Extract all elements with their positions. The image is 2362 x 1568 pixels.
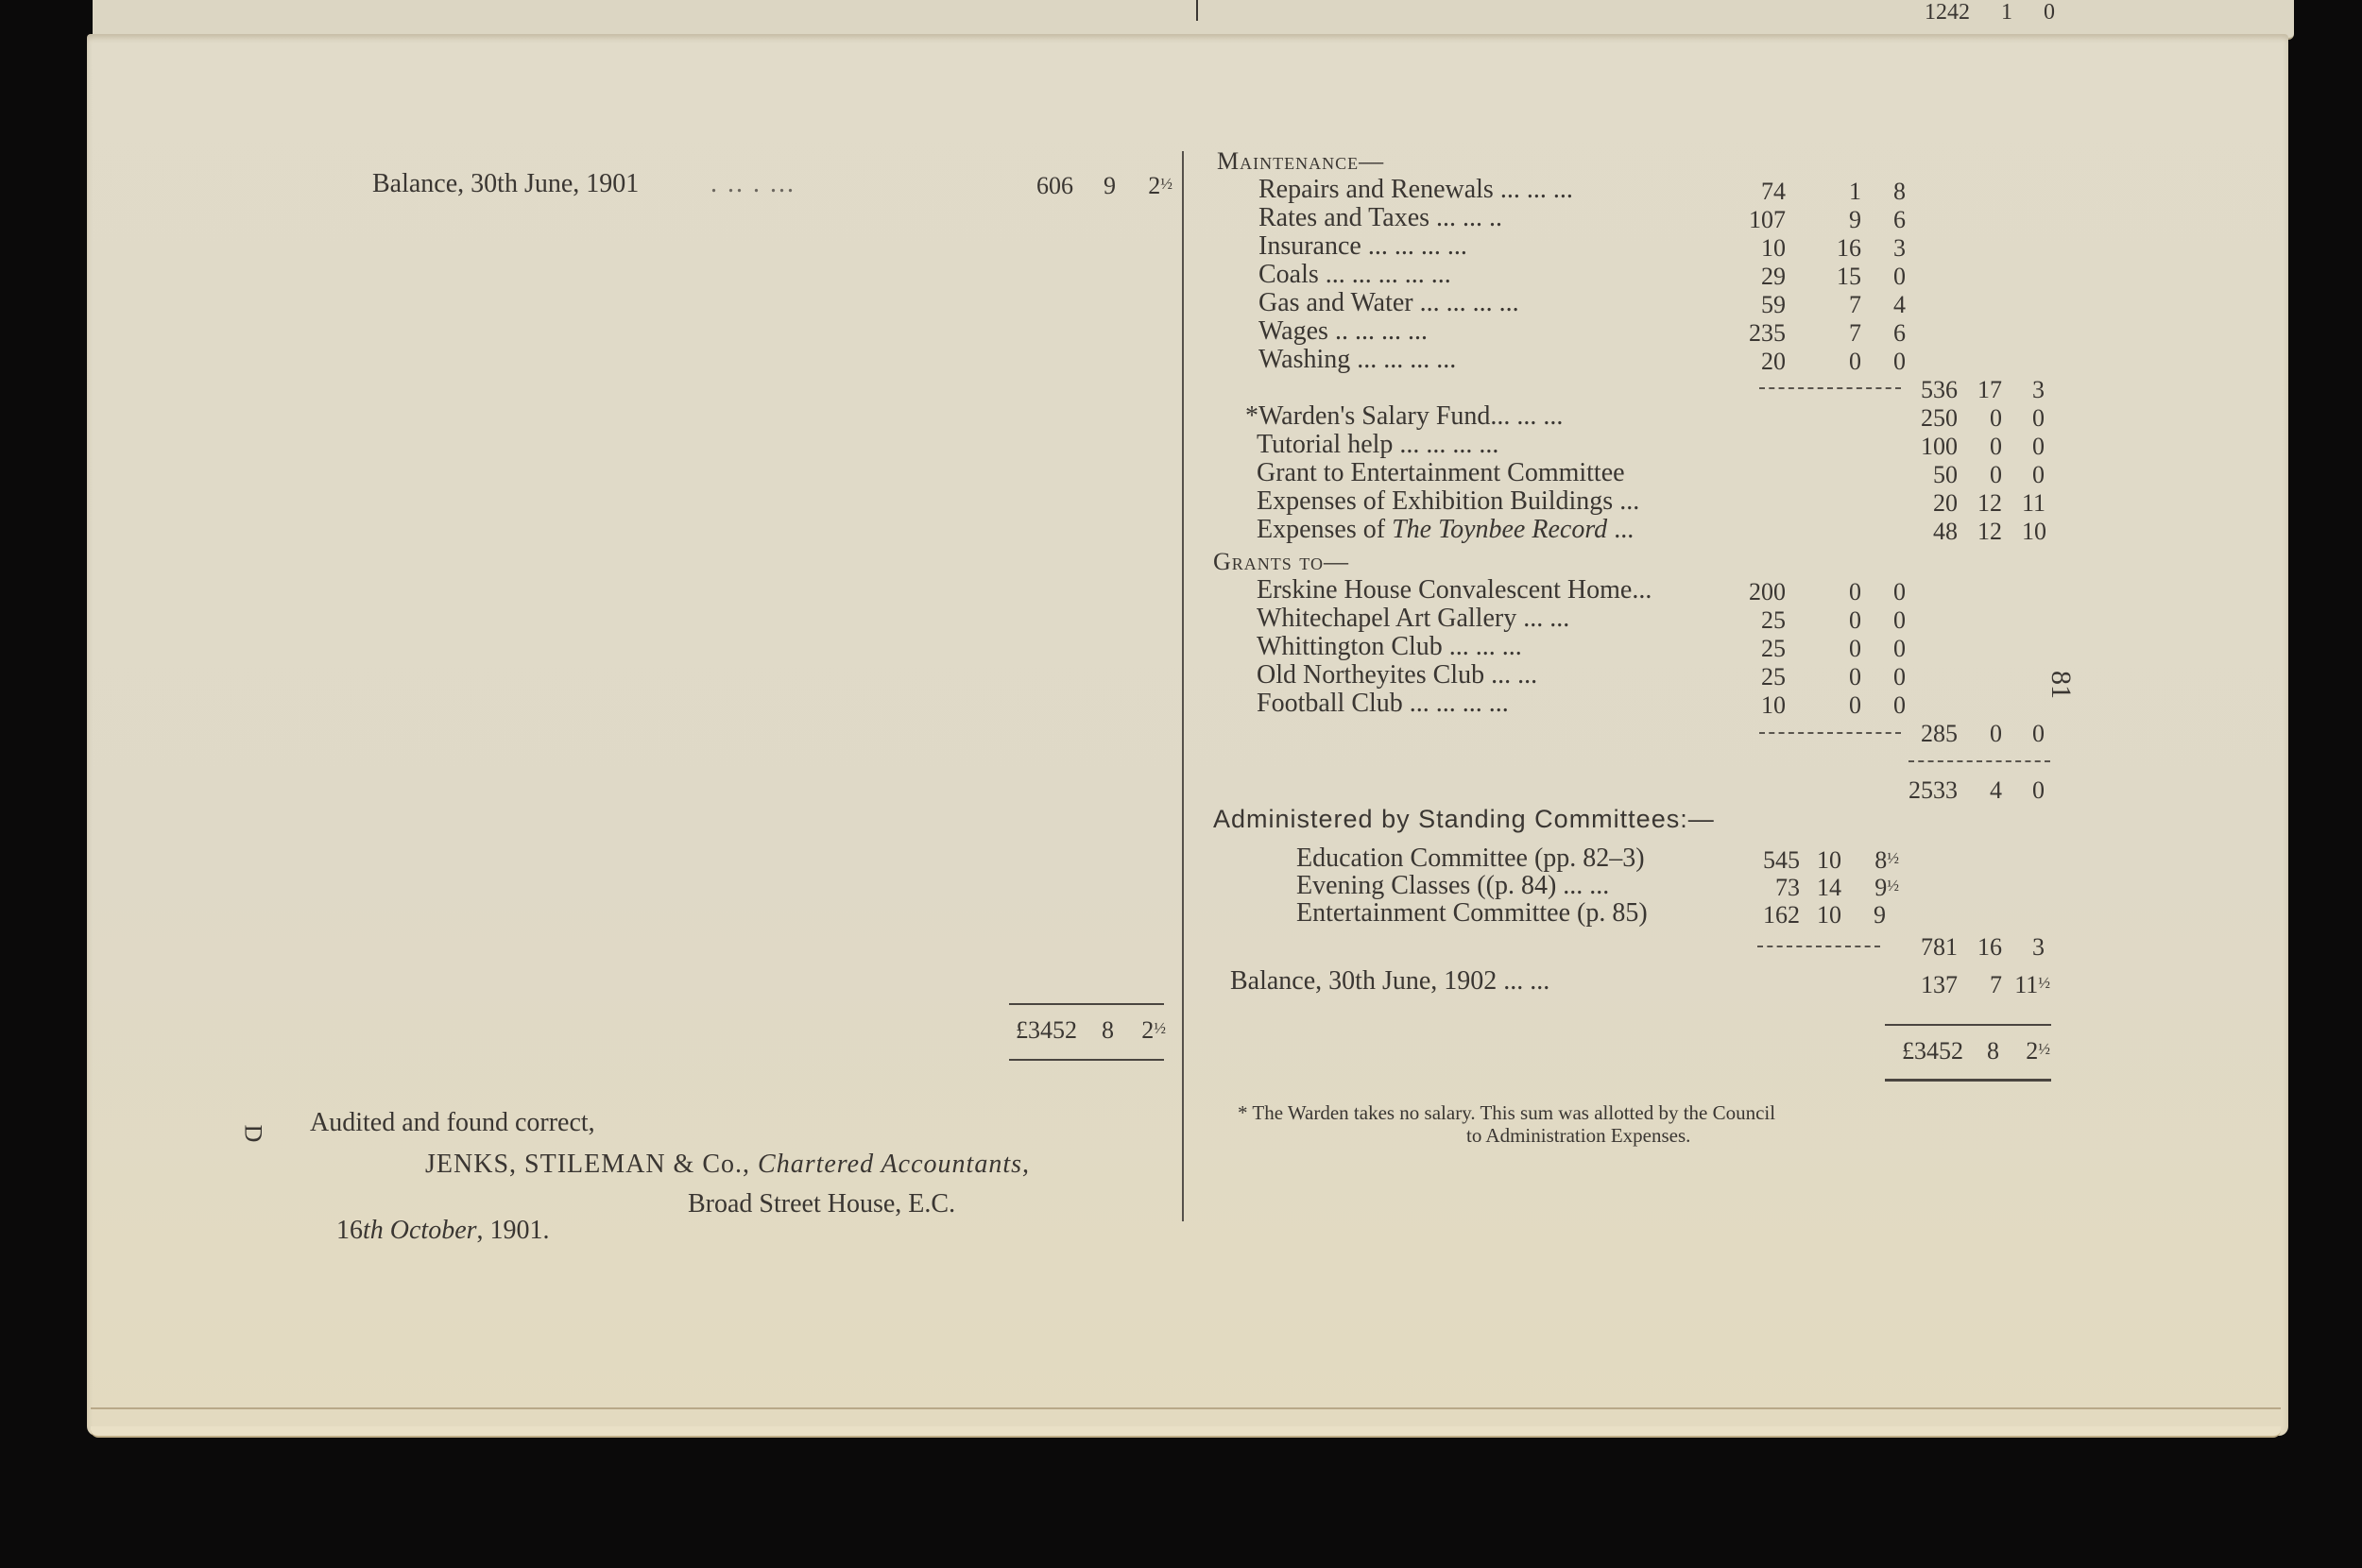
committee-item-pounds: 545 bbox=[1743, 846, 1800, 875]
expense-item-shillings: 12 bbox=[1970, 489, 2002, 518]
grant-item-label: Old Northeyites Club ... ... bbox=[1257, 661, 1537, 690]
maintenance-item-pence: 6 bbox=[1885, 206, 1906, 234]
standing-committees-heading: Administered by Standing Committees:— bbox=[1213, 805, 1715, 834]
running-total-rule bbox=[1908, 760, 2050, 762]
maintenance-item-shillings: 1 bbox=[1833, 178, 1861, 206]
grant-item-shillings: 0 bbox=[1833, 663, 1861, 691]
maintenance-item-label: Insurance ... ... ... ... bbox=[1258, 232, 1467, 261]
grants-subtotal-pence: 0 bbox=[2022, 720, 2045, 748]
maintenance-item-pounds: 235 bbox=[1729, 319, 1786, 348]
maintenance-item-pounds: 107 bbox=[1729, 206, 1786, 234]
expense-item-pounds: 250 bbox=[1901, 404, 1958, 433]
maintenance-item-pounds: 10 bbox=[1729, 234, 1786, 263]
carry-pence: 0 bbox=[2036, 0, 2055, 26]
maintenance-item-pence: 0 bbox=[1885, 263, 1906, 291]
right-total-rule-top bbox=[1885, 1024, 2051, 1026]
maintenance-item-shillings: 15 bbox=[1833, 263, 1861, 291]
expense-item-shillings: 0 bbox=[1970, 461, 2002, 489]
maintenance-item-label: Washing ... ... ... ... bbox=[1258, 346, 1456, 374]
grant-item-pence: 0 bbox=[1885, 691, 1906, 720]
balance-1902-pounds: 137 bbox=[1901, 971, 1958, 999]
right-total-pounds: £3452 bbox=[1869, 1037, 1963, 1065]
expense-item-label: Tutorial help ... ... ... ... bbox=[1257, 431, 1498, 459]
committee-item-pence: 9 bbox=[1861, 901, 1886, 929]
committee-item-label: Evening Classes ((p. 84) ... ... bbox=[1296, 872, 1609, 900]
grant-item-pence: 0 bbox=[1885, 635, 1906, 663]
grant-item-label: Football Club ... ... ... ... bbox=[1257, 690, 1509, 718]
expense-item-pounds: 100 bbox=[1901, 433, 1958, 461]
committee-item-pence: 9½ bbox=[1861, 874, 1899, 902]
grants-subtotal-shillings: 0 bbox=[1970, 720, 2002, 748]
left-total-pence: 2½ bbox=[1132, 1016, 1166, 1045]
grant-item-shillings: 0 bbox=[1833, 635, 1861, 663]
running-total-shillings: 4 bbox=[1970, 776, 2002, 805]
column-divider bbox=[1182, 151, 1184, 1221]
left-total-rule-top bbox=[1009, 1003, 1164, 1005]
page-number: 81 bbox=[2045, 671, 2077, 699]
maintenance-subtotal-pounds: 536 bbox=[1901, 376, 1958, 404]
committee-item-label: Entertainment Committee (p. 85) bbox=[1296, 899, 1648, 928]
grants-subtotal-rule bbox=[1759, 732, 1901, 734]
maintenance-item-shillings: 0 bbox=[1833, 348, 1861, 376]
expense-item-pence: 0 bbox=[2022, 404, 2045, 433]
grant-item-label: Whitechapel Art Gallery ... ... bbox=[1257, 605, 1569, 633]
maintenance-item-pence: 6 bbox=[1885, 319, 1906, 348]
grant-item-pounds: 25 bbox=[1729, 635, 1786, 663]
expense-item-pence: 11 bbox=[2022, 489, 2045, 518]
right-total-rule-bottom bbox=[1885, 1079, 2051, 1082]
expense-item-pence: 10 bbox=[2022, 518, 2045, 546]
balance-1902-label: Balance, 30th June, 1902 ... ... bbox=[1230, 967, 1549, 996]
expense-item-shillings: 12 bbox=[1970, 518, 2002, 546]
footnote-line-2: to Administration Expenses. bbox=[1466, 1124, 1690, 1147]
grant-item-label: Whittington Club ... ... ... bbox=[1257, 633, 1522, 661]
expense-item-pence: 0 bbox=[2022, 433, 2045, 461]
maintenance-heading: Maintenance— bbox=[1217, 147, 1384, 176]
maintenance-item-pounds: 29 bbox=[1729, 263, 1786, 291]
balance-1901-pence: 2½ bbox=[1138, 172, 1172, 200]
balance-1901-leader: . .. . ... bbox=[710, 170, 796, 198]
running-total-pounds: 2533 bbox=[1890, 776, 1958, 805]
maintenance-item-pounds: 59 bbox=[1729, 291, 1786, 319]
running-total-pence: 0 bbox=[2022, 776, 2045, 805]
committee-item-label: Education Committee (pp. 82–3) bbox=[1296, 844, 1645, 873]
maintenance-item-pence: 4 bbox=[1885, 291, 1906, 319]
balance-1901-pounds: 606 bbox=[1011, 172, 1073, 200]
left-total-shillings: 8 bbox=[1091, 1016, 1114, 1045]
expense-item-label: Expenses of Exhibition Buildings ... bbox=[1257, 487, 1639, 516]
left-total-pounds: £3452 bbox=[983, 1016, 1077, 1045]
right-total-shillings: 8 bbox=[1977, 1037, 1999, 1065]
auditor-address: Broad Street House, E.C. bbox=[688, 1190, 955, 1219]
maintenance-item-label: Coals ... ... ... ... ... bbox=[1258, 261, 1451, 289]
balance-1901-label: Balance, 30th June, 1901 bbox=[372, 170, 639, 198]
expense-item-shillings: 0 bbox=[1970, 433, 2002, 461]
grants-subtotal-pounds: 285 bbox=[1901, 720, 1958, 748]
audit-date: 16th October, 1901. bbox=[336, 1217, 550, 1245]
balance-1902-shillings: 7 bbox=[1970, 971, 2002, 999]
committees-subtotal-rule bbox=[1757, 946, 1880, 947]
maintenance-item-shillings: 9 bbox=[1833, 206, 1861, 234]
committee-item-shillings: 10 bbox=[1809, 901, 1841, 929]
carry-pounds: 1242 bbox=[1913, 0, 1970, 26]
committee-item-pounds: 73 bbox=[1743, 874, 1800, 902]
grant-item-pounds: 25 bbox=[1729, 606, 1786, 635]
auditor-firm: JENKS, STILEMAN & Co., Chartered Account… bbox=[425, 1150, 1030, 1179]
expense-item-label: *Warden's Salary Fund... ... ... bbox=[1245, 402, 1563, 431]
maintenance-item-shillings: 7 bbox=[1833, 291, 1861, 319]
footnote-line-1: * The Warden takes no salary. This sum w… bbox=[1238, 1101, 1775, 1124]
expense-item-pence: 0 bbox=[2022, 461, 2045, 489]
expense-item-label: Expenses of The Toynbee Record ... bbox=[1257, 516, 1634, 544]
grant-item-pounds: 200 bbox=[1729, 578, 1786, 606]
column-rule-top bbox=[1196, 0, 1198, 21]
maintenance-subtotal-shillings: 17 bbox=[1970, 376, 2002, 404]
grants-heading: Grants to— bbox=[1213, 548, 1349, 576]
maintenance-subtotal-rule bbox=[1759, 387, 1901, 389]
maintenance-item-pounds: 20 bbox=[1729, 348, 1786, 376]
maintenance-item-label: Repairs and Renewals ... ... ... bbox=[1258, 176, 1573, 204]
committee-item-pounds: 162 bbox=[1743, 901, 1800, 929]
maintenance-item-shillings: 7 bbox=[1833, 319, 1861, 348]
balance-1901-shillings: 9 bbox=[1091, 172, 1116, 200]
maintenance-item-pence: 8 bbox=[1885, 178, 1906, 206]
page-bottom-edge bbox=[91, 1426, 2281, 1438]
balance-1902-pence: 11½ bbox=[2007, 971, 2050, 999]
committee-item-shillings: 14 bbox=[1809, 874, 1841, 902]
expense-item-pounds: 20 bbox=[1901, 489, 1958, 518]
committee-item-shillings: 10 bbox=[1809, 846, 1841, 875]
maintenance-subtotal-pence: 3 bbox=[2022, 376, 2045, 404]
grant-item-pounds: 25 bbox=[1729, 663, 1786, 691]
right-total-pence: 2½ bbox=[2012, 1037, 2050, 1065]
expense-item-pounds: 48 bbox=[1901, 518, 1958, 546]
committees-subtotal-shillings: 16 bbox=[1970, 933, 2002, 962]
grant-item-pence: 0 bbox=[1885, 606, 1906, 635]
expense-item-pounds: 50 bbox=[1901, 461, 1958, 489]
grant-item-pence: 0 bbox=[1885, 663, 1906, 691]
grant-item-pounds: 10 bbox=[1729, 691, 1786, 720]
maintenance-item-pounds: 74 bbox=[1729, 178, 1786, 206]
maintenance-item-label: Wages .. ... ... ... bbox=[1258, 317, 1428, 346]
left-total-rule-bottom bbox=[1009, 1059, 1164, 1061]
grant-item-shillings: 0 bbox=[1833, 691, 1861, 720]
audit-statement: Audited and found correct, bbox=[310, 1109, 595, 1137]
maintenance-item-pence: 3 bbox=[1885, 234, 1906, 263]
carry-shillings: 1 bbox=[1994, 0, 2012, 26]
committees-subtotal-pence: 3 bbox=[2022, 933, 2045, 962]
grant-item-pence: 0 bbox=[1885, 578, 1906, 606]
committee-item-pence: 8½ bbox=[1861, 846, 1899, 875]
committees-subtotal-pounds: 781 bbox=[1901, 933, 1958, 962]
grant-item-shillings: 0 bbox=[1833, 606, 1861, 635]
maintenance-item-pence: 0 bbox=[1885, 348, 1906, 376]
grant-item-shillings: 0 bbox=[1833, 578, 1861, 606]
signature-marker: D bbox=[238, 1125, 266, 1143]
maintenance-item-shillings: 16 bbox=[1833, 234, 1861, 263]
page-edge-line bbox=[91, 1407, 2281, 1409]
expense-item-label: Grant to Entertainment Committee bbox=[1257, 459, 1625, 487]
grant-item-label: Erskine House Convalescent Home... bbox=[1257, 576, 1652, 605]
maintenance-item-label: Gas and Water ... ... ... ... bbox=[1258, 289, 1519, 317]
maintenance-item-label: Rates and Taxes ... ... .. bbox=[1258, 204, 1502, 232]
expense-item-shillings: 0 bbox=[1970, 404, 2002, 433]
